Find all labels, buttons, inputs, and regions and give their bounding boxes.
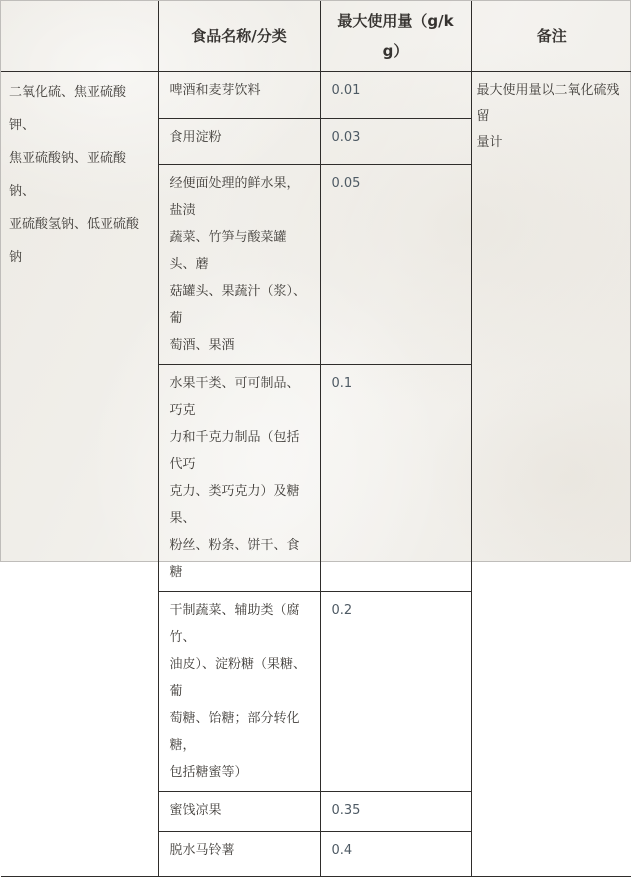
max-cell-row4: 0.1 [320, 364, 471, 591]
food-cell-row7: 脱水马铃薯 [158, 831, 320, 876]
food-cell-row3: 经便面处理的鲜水果，盐渍 蔬菜、竹笋与酸菜罐头、蘑 菇罐头、果蔬汁（浆）、葡 萄… [158, 164, 320, 364]
header-remarks: 备注 [471, 1, 631, 71]
max-cell-row1: 0.01 [320, 71, 471, 118]
food-cell-row2: 食用淀粉 [158, 118, 320, 164]
header-food-category: 食品名称/分类 [158, 1, 320, 71]
max-cell-row5: 0.2 [320, 591, 471, 791]
header-additives-empty [1, 1, 158, 71]
food-cell-row1: 啤酒和麦芽饮料 [158, 71, 320, 118]
food-cell-row5: 干制蔬菜、辅助类（腐竹、 油皮）、淀粉糖（果糖、葡 萄糖、饴糖；部分转化糖， 包… [158, 591, 320, 791]
food-cell-row4: 水果干类、可可制品、巧克 力和千克力制品（包括代巧 克力、类巧克力）及糖果、 粉… [158, 364, 320, 591]
additives-names-cell: 二氧化硫、焦亚硫酸钾、 焦亚硫酸钠、亚硫酸钠、 亚硫酸氢钠、低亚硫酸钠 [1, 71, 158, 876]
food-additive-table: 食品名称/分类 最大使用量（g/k g） 备注 二氧化硫、焦亚硫酸钾、 焦亚硫酸… [1, 1, 631, 877]
max-cell-row6: 0.35 [320, 791, 471, 831]
max-cell-row2: 0.03 [320, 118, 471, 164]
max-cell-row7: 0.4 [320, 831, 471, 876]
remarks-cell: 最大使用量以二氧化硫残留 量计 [471, 71, 631, 876]
header-max-usage: 最大使用量（g/k g） [320, 1, 471, 71]
max-cell-row3: 0.05 [320, 164, 471, 364]
food-cell-row6: 蜜饯凉果 [158, 791, 320, 831]
paper-page: 食品名称/分类 最大使用量（g/k g） 备注 二氧化硫、焦亚硫酸钾、 焦亚硫酸… [0, 0, 631, 562]
